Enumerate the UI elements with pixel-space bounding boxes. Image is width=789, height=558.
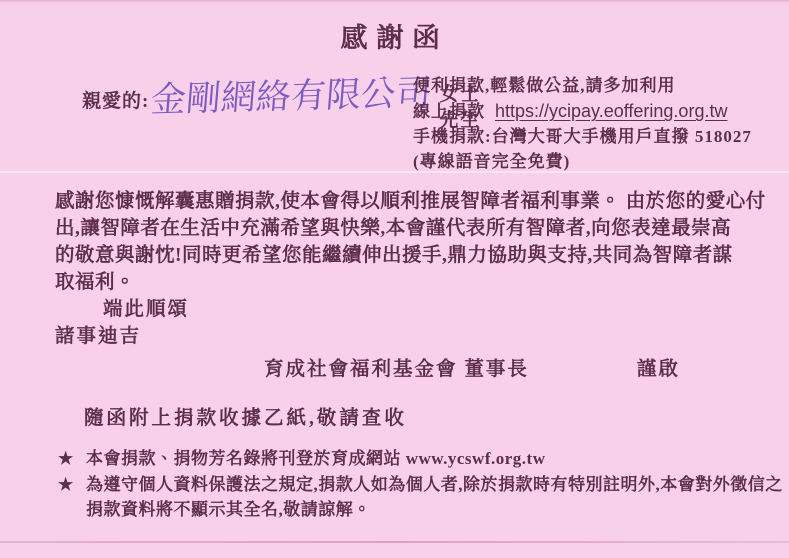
closing-wish: 諸事迪吉	[55, 323, 766, 350]
online-donation-row: 線上捐款 https://ycipay.eoffering.org.tw	[413, 99, 752, 124]
signature-sign-off: 謹啟	[637, 353, 680, 381]
body-line: 感謝您慷慨解囊惠贈捐款,使本會得以順利推展智障者福利事業。 由於您的愛心付	[55, 188, 766, 215]
footnote-publicity: ★ 本會捐款、捐物芳名錄將刊登於育成網站 www.ycswf.org.tw	[58, 446, 786, 471]
body-line: 取福利。	[55, 269, 766, 296]
star-bullet-icon: ★	[58, 446, 86, 471]
star-bullet-icon: ★	[58, 472, 86, 497]
letter-title: 感謝函	[0, 16, 789, 55]
footnote-text: 為遵守個人資料保護法之規定,捐款人如為個人者,除於捐款時有特別註明外,本會對外徵…	[86, 472, 786, 522]
letter-body: 感謝您慷慨解囊惠贈捐款,使本會得以順利推展智障者福利事業。 由於您的愛心付 出,…	[55, 188, 766, 350]
thank-you-letter: 感謝函 親愛的: 金剛網絡有限公司 女士 先生 便利捐款,輕鬆做公益,請多加利用…	[0, 0, 789, 558]
receipt-note: 隨函附上捐款收據乙紙,敬請查收	[84, 402, 407, 430]
handwritten-recipient-name: 金剛網絡有限公司	[150, 70, 434, 123]
mobile-donation-note: (專線語音完全免費)	[413, 150, 752, 174]
body-line: 出,讓智障者在生活中充滿希望與快樂,本會謹代表所有智障者,向您表達最崇高	[55, 215, 766, 242]
mobile-donation-line: 手機捐款:台灣大哥大手機用戶直撥 518027	[413, 125, 752, 149]
donation-headline: 便利捐款,輕鬆做公益,請多加利用	[413, 74, 752, 98]
salutation-label: 親愛的:	[82, 74, 149, 113]
donation-info-block: 便利捐款,輕鬆做公益,請多加利用 線上捐款 https://ycipay.eof…	[413, 74, 752, 175]
footnote-text: 本會捐款、捐物芳名錄將刊登於育成網站 www.ycswf.org.tw	[86, 446, 786, 471]
signature-organization: 育成社會福利基金會 董事長	[264, 353, 529, 381]
online-donation-label: 線上捐款	[413, 100, 485, 124]
footnotes-section: ★ 本會捐款、捐物芳名錄將刊登於育成網站 www.ycswf.org.tw ★ …	[58, 446, 786, 523]
scan-artifact-bottom-line	[0, 541, 789, 543]
footnote-privacy: ★ 為遵守個人資料保護法之規定,捐款人如為個人者,除於捐款時有特別註明外,本會對…	[58, 472, 786, 522]
scan-artifact-top-edge	[0, 0, 789, 3]
closing-phrase: 端此順頌	[103, 296, 766, 323]
signature-row: 育成社會福利基金會 董事長 謹啟	[264, 353, 680, 381]
body-line: 的敬意與謝忱!同時更希望您能繼續伸出援手,鼎力協助與支持,共同為智障者謀	[55, 242, 766, 269]
online-donation-url: https://ycipay.eoffering.org.tw	[495, 99, 727, 123]
